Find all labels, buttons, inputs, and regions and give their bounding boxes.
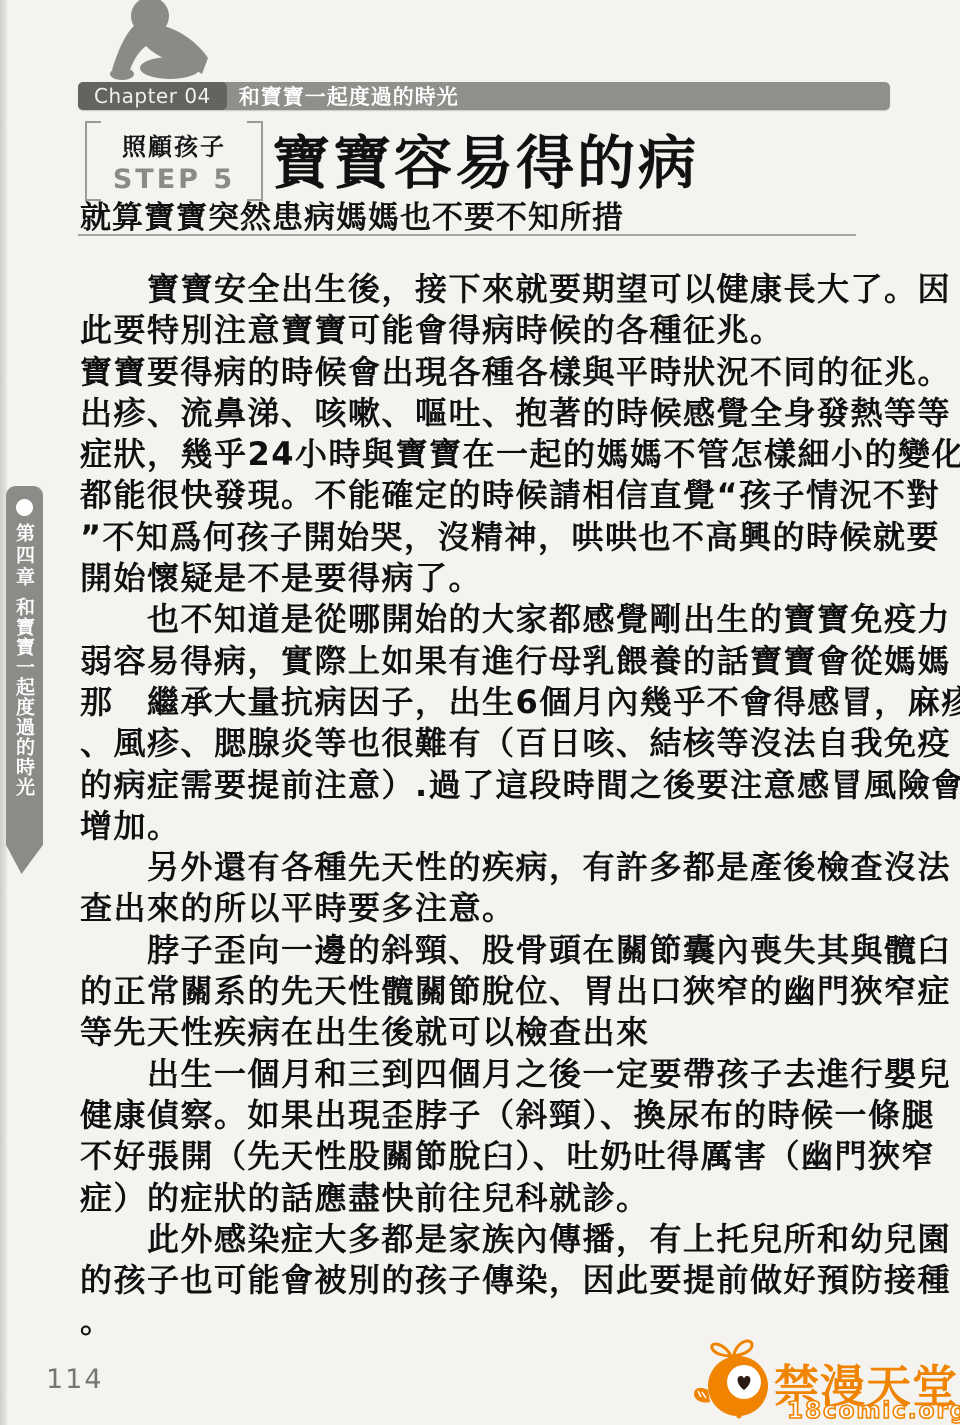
body-text-line: 的病症需要提前注意）.過了這段時間之後要注意感冒風險會 [80,765,896,806]
body-text-line: 的正常關系的先天性髖關節脫位、胃出口狹窄的幽門狹窄症 [80,971,896,1012]
side-tab-chapter: 第四章 [13,523,35,589]
page-number: 114 [46,1364,104,1395]
body-text-line: 出疹、流鼻涕、咳嗽、嘔吐、抱著的時候感覺全身發熱等等 [80,393,896,434]
scan-edge [0,0,7,1425]
body-text-line: 此要特別注意寶寶可能會得病時候的各種征兆。 [80,310,896,351]
body-text-line: 的孩子也可能會被別的孩子傳染，因此要提前做好預防接種 [80,1260,896,1301]
step-box-number: STEP 5 [113,164,235,195]
chapter-title: 和寶寶一起度過的時光 [239,81,459,111]
side-tab-title: 和寶寶一起度過的時光 [11,597,38,797]
body-text-line: 寶寶要得病的時候會出現各種各樣與平時狀況不同的征兆。 [80,352,896,393]
body-text-line: 症狀，幾乎24小時與寶寶在一起的媽媽不管怎樣細小的變化 [80,434,896,475]
body-text-line: ”不知爲何孩子開始哭，沒精神，哄哄也不高興的時候就要 [80,517,896,558]
crawling-baby-icon [98,0,216,82]
chapter-side-tab: 第四章和寶寶一起度過的時光 [6,486,43,874]
chapter-label: Chapter 04 [78,82,227,110]
body-text: 寶寶安全出生後，接下來就要期望可以健康長大了。因此要特別注意寶寶可能會得病時候的… [80,269,896,1343]
body-text-line: 那 繼承大量抗病因子，出生6個月內幾乎不會得感冒，麻疹 [80,682,896,723]
watermark-logo: 禁漫天堂 18comic.org [692,1332,942,1422]
watermark-url: 18comic.org [787,1398,960,1424]
body-text-line: 健康偵察。如果出現歪脖子（斜頸）、換尿布的時候一條腿 [80,1095,896,1136]
side-tab-text: 第四章和寶寶一起度過的時光 [11,523,38,797]
bullet-dot-icon [16,499,33,516]
body-text-line: 寶寶安全出生後，接下來就要期望可以健康長大了。因 [80,269,896,310]
orange-fish-mascot-icon [692,1334,780,1422]
body-text-line: 症）的症狀的話應盡快前往兒科就診。 [80,1178,896,1219]
body-text-line: 查出來的所以平時要多注意。 [80,888,896,929]
body-text-line: 另外還有各種先天性的疾病，有許多都是產後檢查沒法 [80,847,896,888]
body-text-line: 開始懷疑是不是要得病了。 [80,558,896,599]
body-text-line: 也不知道是從哪開始的大家都感覺剛出生的寶寶免疫力 [80,599,896,640]
step-box: 照顧孩子 STEP 5 [85,121,263,201]
body-text-line: 都能很快發現。不能確定的時候請相信直覺“孩子情況不對 [80,475,896,516]
body-text-line: 弱容易得病，實際上如果有進行母乳餵養的話寶寶會從媽媽 [80,641,896,682]
body-text-line: 此外感染症大多都是家族內傳播，有上托兒所和幼兒園 [80,1219,896,1260]
step-box-caption: 照顧孩子 [122,127,226,162]
body-text-line: 增加。 [80,806,896,847]
chapter-bar: Chapter 04 和寶寶一起度過的時光 [78,82,890,110]
body-text-line: 、風疹、腮腺炎等也很難有（百日咳、結核等沒法自我免疫 [80,723,896,764]
body-text-line: 出生一個月和三到四個月之後一定要帶孩子去進行嬰兒 [80,1054,896,1095]
subtitle-divider [78,234,856,236]
body-text-line: 等先天性疾病在出生後就可以檢查出來 [80,1012,896,1053]
body-text-line: 不好張開（先天性股關節脫臼）、吐奶吐得厲害（幽門狹窄 [80,1136,896,1177]
book-page: Chapter 04 和寶寶一起度過的時光 照顧孩子 STEP 5 寶寶容易得的… [0,0,960,1425]
body-text-line: 脖子歪向一邊的斜頸、股骨頭在關節囊內喪失其與髖臼 [80,930,896,971]
page-subtitle: 就算寶寶突然患病媽媽也不要不知所措 [80,192,624,237]
page-title: 寶寶容易得的病 [272,116,699,200]
